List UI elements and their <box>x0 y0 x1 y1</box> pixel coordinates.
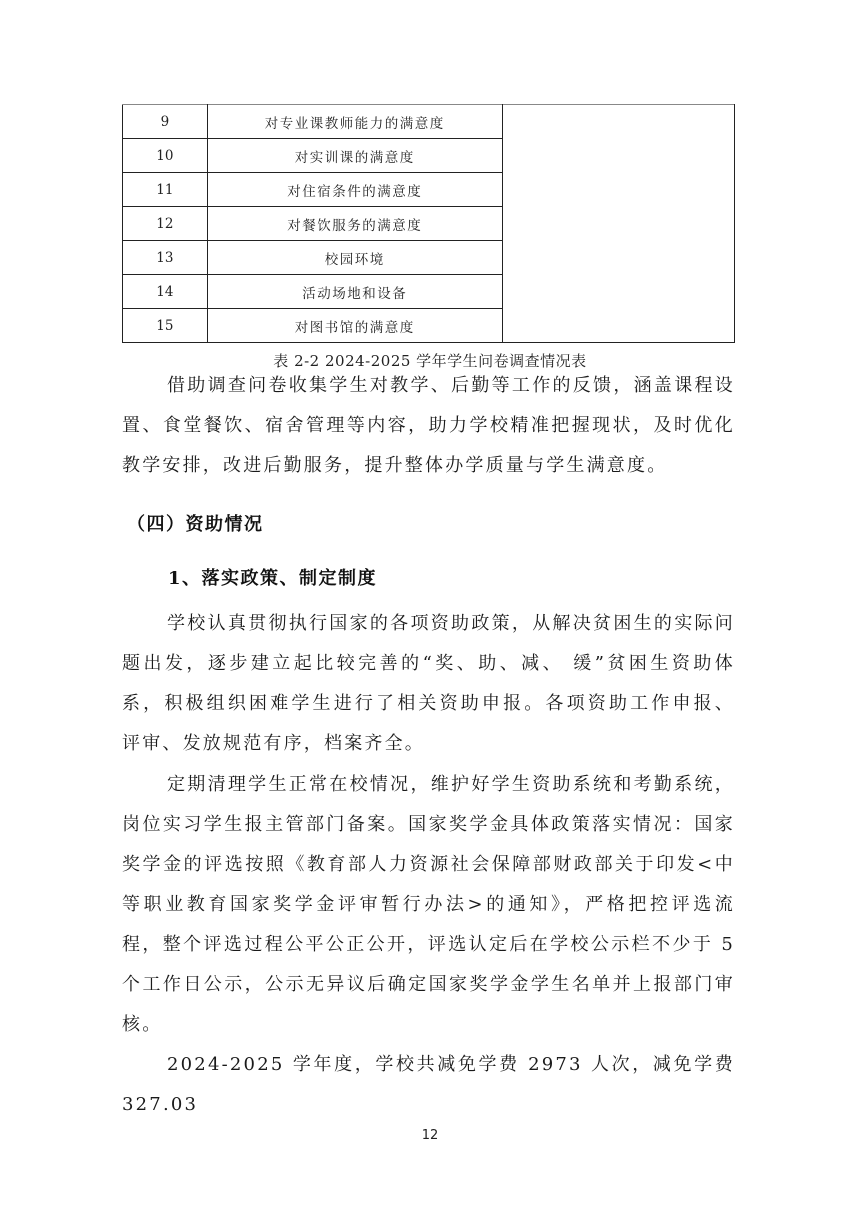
row-number: 11 <box>123 173 208 207</box>
row-number: 12 <box>123 207 208 241</box>
section-heading: （四）资助情况 <box>127 510 264 536</box>
scholarship-paragraph: 定期清理学生正常在校情况，维护好学生资助系统和考勤系统，岗位实习学生报主管部门备… <box>122 765 735 1045</box>
page-number: 12 <box>0 1128 860 1143</box>
survey-table: 9 对专业课教师能力的满意度 10 对实训课的满意度 11 对住宿条件的满意度 … <box>122 104 735 343</box>
row-number: 13 <box>123 241 208 275</box>
document-page: 9 对专业课教师能力的满意度 10 对实训课的满意度 11 对住宿条件的满意度 … <box>0 0 860 1216</box>
row-number: 14 <box>123 275 208 309</box>
survey-item: 活动场地和设备 <box>207 275 502 309</box>
row-number: 15 <box>123 309 208 343</box>
survey-item: 对图书馆的满意度 <box>207 309 502 343</box>
survey-item: 对餐饮服务的满意度 <box>207 207 502 241</box>
survey-item: 对专业课教师能力的满意度 <box>207 105 502 139</box>
survey-item: 校园环境 <box>207 241 502 275</box>
row-number: 9 <box>123 105 208 139</box>
table-row: 9 对专业课教师能力的满意度 <box>123 105 735 139</box>
merged-blank-cell <box>502 105 734 343</box>
policy-intro-paragraph: 学校认真贯彻执行国家的各项资助政策，从解决贫困生的实际问题出发，逐步建立起比较完… <box>122 604 735 764</box>
subsection-heading: 1、落实政策、制定制度 <box>168 564 377 590</box>
row-number: 10 <box>123 139 208 173</box>
tuition-paragraph: 2024-2025 学年度，学校共减免学费 2973 人次，减免学费 327.0… <box>122 1045 735 1125</box>
survey-summary-paragraph: 借助调查问卷收集学生对教学、后勤等工作的反馈，涵盖课程设置、食堂餐饮、宿舍管理等… <box>122 366 735 486</box>
survey-item: 对实训课的满意度 <box>207 139 502 173</box>
survey-item: 对住宿条件的满意度 <box>207 173 502 207</box>
